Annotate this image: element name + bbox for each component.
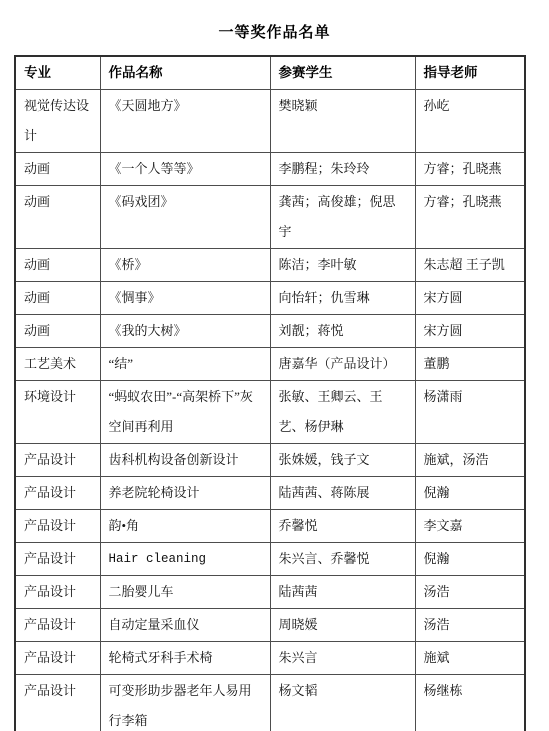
cell-work_title: 齿科机构设备创新设计 [100, 444, 270, 477]
cell-teachers: 方睿；孔晓燕 [415, 186, 525, 249]
cell-students: 朱兴言 [270, 642, 415, 675]
header-row: 专业作品名称参赛学生指导老师 [15, 56, 525, 90]
cell-work_title: Hair cleaning [100, 543, 270, 576]
cell-teachers: 方睿；孔晓燕 [415, 153, 525, 186]
cell-work_title: 《一个人等等》 [100, 153, 270, 186]
table-row: 产品设计可变形助步器老年人易用行李箱杨文韬杨继栋 [15, 675, 525, 731]
cell-work_title: “蚂蚁农田”-“高架桥下”灰空间再利用 [100, 381, 270, 444]
cell-teachers: 董鹏 [415, 348, 525, 381]
document-page: 一等奖作品名单 专业作品名称参赛学生指导老师 视觉传达设计《天圆地方》樊晓颖孙屹… [0, 0, 549, 731]
cell-major: 产品设计 [15, 675, 100, 731]
table-row: 产品设计自动定量采血仪周晓媛汤浩 [15, 609, 525, 642]
cell-work_title: 养老院轮椅设计 [100, 477, 270, 510]
awards-table: 专业作品名称参赛学生指导老师 视觉传达设计《天圆地方》樊晓颖孙屹动画《一个人等等… [14, 55, 526, 731]
cell-major: 产品设计 [15, 477, 100, 510]
cell-teachers: 汤浩 [415, 576, 525, 609]
cell-work_title: 《惆事》 [100, 282, 270, 315]
cell-students: 陆茜茜、蒋陈展 [270, 477, 415, 510]
cell-major: 动画 [15, 282, 100, 315]
cell-major: 动画 [15, 249, 100, 282]
cell-work_title: 轮椅式牙科手术椅 [100, 642, 270, 675]
table-row: 产品设计齿科机构设备创新设计张姝媛，钱子文施斌，汤浩 [15, 444, 525, 477]
cell-students: 龚茜；高俊雄；倪思宇 [270, 186, 415, 249]
table-row: 动画《码戏团》龚茜；高俊雄；倪思宇方睿；孔晓燕 [15, 186, 525, 249]
table-row: 环境设计“蚂蚁农田”-“高架桥下”灰空间再利用张敏、王卿云、王艺、杨伊琳杨潇雨 [15, 381, 525, 444]
table-row: 动画《桥》陈洁；李叶敏朱志超 王子凯 [15, 249, 525, 282]
cell-students: 向怡轩；仇雪琳 [270, 282, 415, 315]
cell-major: 动画 [15, 153, 100, 186]
table-row: 动画《惆事》向怡轩；仇雪琳宋方圆 [15, 282, 525, 315]
cell-work_title: 《我的大树》 [100, 315, 270, 348]
table-row: 产品设计轮椅式牙科手术椅朱兴言施斌 [15, 642, 525, 675]
cell-students: 刘靓；蒋悦 [270, 315, 415, 348]
cell-teachers: 杨继栋 [415, 675, 525, 731]
cell-students: 张姝媛，钱子文 [270, 444, 415, 477]
table-row: 动画《我的大树》刘靓；蒋悦宋方圆 [15, 315, 525, 348]
cell-work_title: 自动定量采血仪 [100, 609, 270, 642]
column-header-major: 专业 [15, 56, 100, 90]
cell-major: 产品设计 [15, 576, 100, 609]
cell-students: 乔馨悦 [270, 510, 415, 543]
cell-teachers: 汤浩 [415, 609, 525, 642]
cell-teachers: 宋方圆 [415, 315, 525, 348]
cell-students: 陈洁；李叶敏 [270, 249, 415, 282]
cell-work_title: 《天圆地方》 [100, 90, 270, 153]
table-header: 专业作品名称参赛学生指导老师 [15, 56, 525, 90]
table-row: 工艺美术“结”唐嘉华（产品设计）董鹏 [15, 348, 525, 381]
cell-students: 张敏、王卿云、王艺、杨伊琳 [270, 381, 415, 444]
cell-students: 李鹏程；朱玲玲 [270, 153, 415, 186]
cell-students: 樊晓颖 [270, 90, 415, 153]
cell-major: 环境设计 [15, 381, 100, 444]
column-header-students: 参赛学生 [270, 56, 415, 90]
cell-teachers: 李文嘉 [415, 510, 525, 543]
cell-teachers: 施斌 [415, 642, 525, 675]
cell-students: 唐嘉华（产品设计） [270, 348, 415, 381]
cell-students: 陆茜茜 [270, 576, 415, 609]
cell-teachers: 倪瀚 [415, 543, 525, 576]
cell-major: 工艺美术 [15, 348, 100, 381]
cell-major: 产品设计 [15, 609, 100, 642]
table-row: 视觉传达设计《天圆地方》樊晓颖孙屹 [15, 90, 525, 153]
cell-students: 周晓媛 [270, 609, 415, 642]
table-row: 动画《一个人等等》李鹏程；朱玲玲方睿；孔晓燕 [15, 153, 525, 186]
cell-teachers: 孙屹 [415, 90, 525, 153]
cell-work_title: 《桥》 [100, 249, 270, 282]
cell-teachers: 倪瀚 [415, 477, 525, 510]
cell-work_title: 可变形助步器老年人易用行李箱 [100, 675, 270, 731]
cell-major: 产品设计 [15, 543, 100, 576]
cell-teachers: 杨潇雨 [415, 381, 525, 444]
cell-major: 动画 [15, 186, 100, 249]
table-row: 产品设计养老院轮椅设计陆茜茜、蒋陈展倪瀚 [15, 477, 525, 510]
cell-work_title: “结” [100, 348, 270, 381]
column-header-teachers: 指导老师 [415, 56, 525, 90]
cell-students: 杨文韬 [270, 675, 415, 731]
cell-teachers: 宋方圆 [415, 282, 525, 315]
cell-major: 产品设计 [15, 444, 100, 477]
page-title: 一等奖作品名单 [0, 21, 549, 42]
cell-major: 产品设计 [15, 510, 100, 543]
cell-major: 产品设计 [15, 642, 100, 675]
table-row: 产品设计Hair cleaning朱兴言、乔馨悦倪瀚 [15, 543, 525, 576]
cell-students: 朱兴言、乔馨悦 [270, 543, 415, 576]
cell-major: 视觉传达设计 [15, 90, 100, 153]
cell-work_title: 韵•角 [100, 510, 270, 543]
cell-work_title: 二胎婴儿车 [100, 576, 270, 609]
table-row: 产品设计二胎婴儿车陆茜茜汤浩 [15, 576, 525, 609]
column-header-work_title: 作品名称 [100, 56, 270, 90]
cell-work_title: 《码戏团》 [100, 186, 270, 249]
cell-teachers: 朱志超 王子凯 [415, 249, 525, 282]
cell-teachers: 施斌，汤浩 [415, 444, 525, 477]
table-row: 产品设计韵•角乔馨悦李文嘉 [15, 510, 525, 543]
cell-major: 动画 [15, 315, 100, 348]
table-body: 视觉传达设计《天圆地方》樊晓颖孙屹动画《一个人等等》李鹏程；朱玲玲方睿；孔晓燕动… [15, 90, 525, 731]
